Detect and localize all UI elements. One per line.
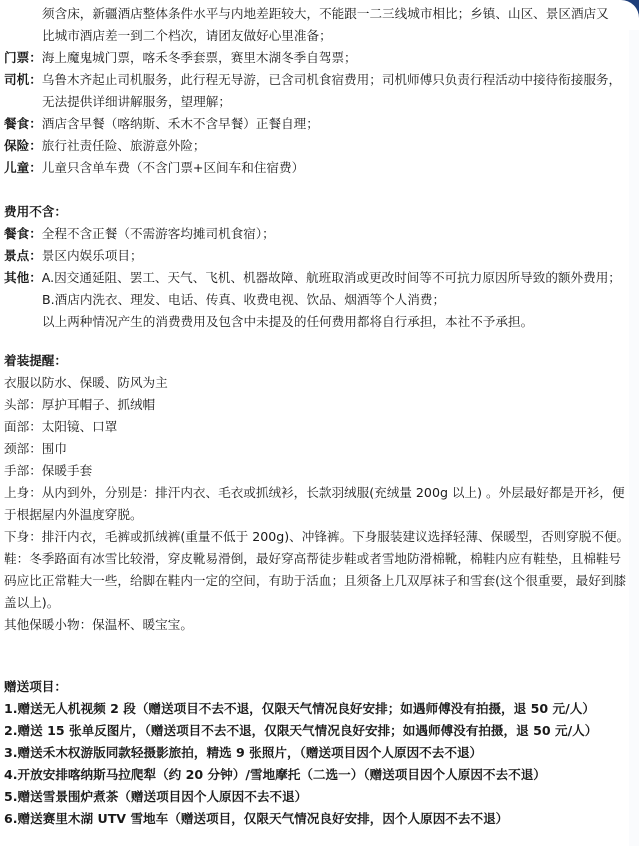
clothing-line: 头部：厚护耳帽子、抓绒帽 [4, 394, 632, 416]
item-label: 餐食： [4, 113, 42, 135]
gifts-heading: 赠送项目： [4, 676, 632, 698]
clothing-other: 其他保暖小物：保温杯、暖宝宝。 [4, 614, 632, 636]
excluded-heading: 费用不含： [4, 201, 632, 223]
gift-item: 2.赠送 15 张单反图片，（赠送项目不去不退，仅限天气情况良好安排；如遇师傅没… [4, 720, 632, 742]
hotel-note-line: 须含床，新疆酒店整体条件水平与内地差距较大，不能跟一二三线城市相比；乡镇、山区、… [4, 3, 632, 25]
excluded-attractions: 景点： 景区内娱乐项目； [4, 245, 632, 267]
clothing-line: 颈部：围巾 [4, 438, 632, 460]
excluded-meals: 餐食： 全程不含正餐（不需游客均摊司机食宿）； [4, 223, 632, 245]
gift-item: 6.赠送赛里木湖 UTV 雪地车（赠送项目，仅限天气情况良好安排，因个人原因不去… [4, 808, 632, 830]
included-children: 儿童： 儿童只含单车费（不含门票+区间车和住宿费） [4, 157, 632, 179]
included-insurance: 保险： 旅行社责任险、旅游意外险； [4, 135, 632, 157]
included-meals: 餐食： 酒店含早餐（喀纳斯、禾木不含早餐）正餐自理； [4, 113, 632, 135]
excluded-other: 其他： A.因交通延阻、罢工、天气、飞机、机器故障、航班取消或更改时间等不可抗力… [4, 267, 632, 289]
clothing-upper-body: 上身：从内到外，分别是：排汗内衣、毛衣或抓绒衫，长款羽绒服(充绒量 200g 以… [4, 482, 632, 526]
clothing-line: 衣服以防水、保暖、防风为主 [4, 372, 632, 394]
item-label: 司机： [4, 69, 42, 91]
clothing-line: 面部：太阳镜、口罩 [4, 416, 632, 438]
excluded-other-b: B.酒店内洗衣、理发、电话、传真、收费电视、饮品、烟酒等个人消费； [4, 289, 632, 311]
included-driver-continued: 无法提供详细讲解服务，望理解； [4, 91, 632, 113]
item-label: 景点： [4, 245, 42, 267]
included-driver: 司机： 乌鲁木齐起止司机服务，此行程无导游，已含司机食宿费用；司机师傅只负责行程… [4, 69, 632, 91]
gift-item: 1.赠送无人机视频 2 段（赠送项目不去不退，仅限天气情况良好安排；如遇师傅没有… [4, 698, 632, 720]
excluded-other-note: 以上两种情况产生的消费费用及包含中未提及的任何费用都将自行承担，本社不予承担。 [4, 311, 632, 333]
item-label: 儿童： [4, 157, 42, 179]
gift-item: 5.赠送雪景围炉煮茶（赠送项目因个人原因不去不退） [4, 786, 632, 808]
item-label: 餐食： [4, 223, 42, 245]
item-label: 门票： [4, 47, 42, 69]
clothing-heading: 着装提醒： [4, 350, 632, 372]
item-label: 其他： [4, 267, 42, 289]
itinerary-document: 须含床，新疆酒店整体条件水平与内地差距较大，不能跟一二三线城市相比；乡镇、山区、… [4, 3, 632, 830]
hotel-note-line: 比城市酒店差一到二个档次，请团友做好心里准备； [4, 25, 632, 47]
clothing-lower-body: 下身：排汗内衣，毛裤或抓绒裤(重量不低于 200g)、冲锋裤。下身服装建议选择轻… [4, 526, 632, 548]
item-label: 保险： [4, 135, 42, 157]
included-tickets: 门票： 海上魔鬼城门票，喀禾冬季套票，赛里木湖冬季自驾票； [4, 47, 632, 69]
clothing-line: 手部：保暖手套 [4, 460, 632, 482]
gift-item: 3.赠送禾木权游版同款轻摄影旅拍，精选 9 张照片，（赠送项目因个人原因不去不退… [4, 742, 632, 764]
gift-item: 4.开放安排喀纳斯马拉爬犁（约 20 分钟）/雪地摩托（二选一）（赠送项目因个人… [4, 764, 632, 786]
clothing-shoes: 鞋：冬季路面有冰雪比较滑，穿皮靴易滑倒，最好穿高帮徒步鞋或者雪地防滑棉靴，棉鞋内… [4, 548, 632, 614]
